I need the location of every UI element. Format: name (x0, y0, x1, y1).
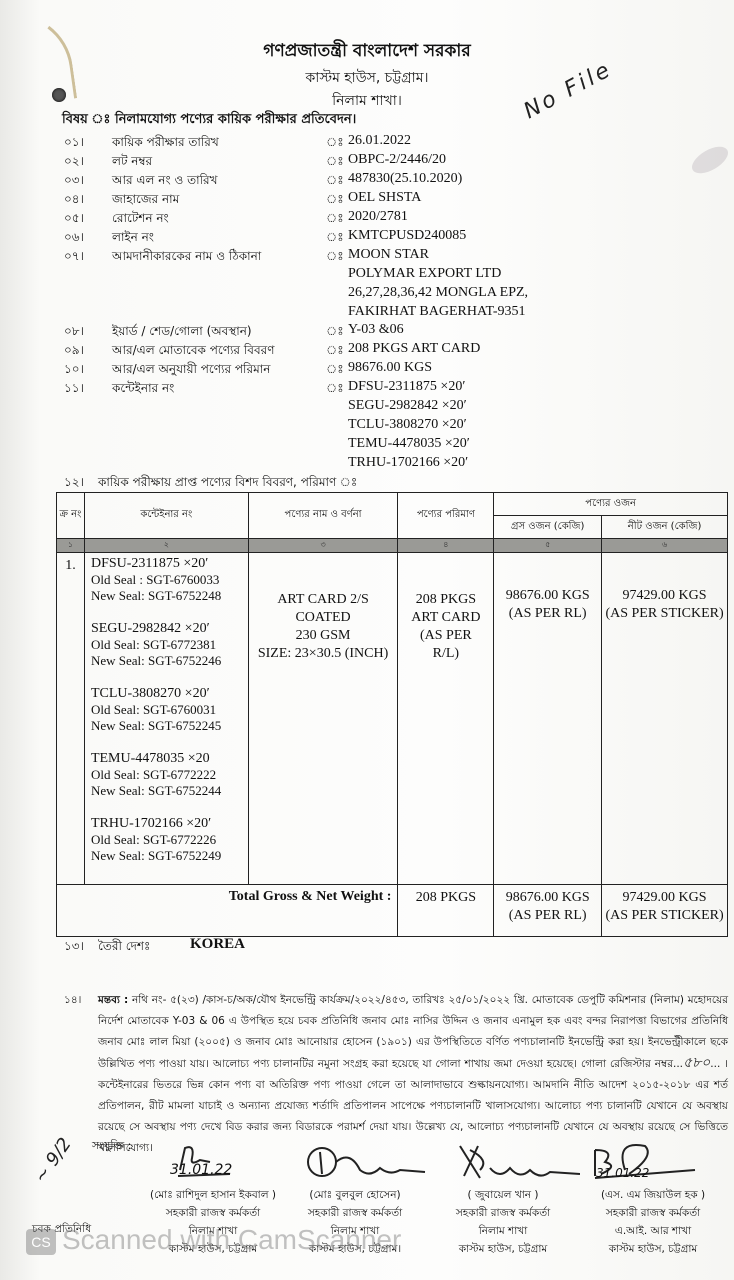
field-number: ০৯। (64, 342, 98, 362)
signatory-title: সহকারী রাজস্ব কর্মকর্তা (270, 1204, 440, 1222)
cell-line: 98676.00 KGS (494, 587, 601, 605)
quantity-cell: 208 PKGSART CARD(AS PERR/L) (398, 553, 494, 885)
header-net: নীট ওজন (কেজি) (602, 516, 728, 539)
signatory-branch: নিলাম শাখা (418, 1222, 588, 1240)
cell-line: ART CARD (398, 609, 493, 627)
signatory-title: সহকারী রাজস্ব কর্মকর্তা (568, 1204, 734, 1222)
signatory-office: কাস্টম হাউস, চট্টগ্রাম (568, 1240, 734, 1258)
enclosure-label: সংযুক্তি : (92, 1137, 131, 1156)
section-title: কায়িক পরীক্ষায় প্রাপ্ত পণ্যের বিশদ বিব… (98, 474, 357, 494)
field-number: ১১। (64, 380, 98, 400)
signature-2 (300, 1140, 430, 1184)
field-value-line: FAKIRHAT BAGERHAT-9351 (348, 302, 528, 321)
cell-line: (AS PER RL) (494, 907, 601, 925)
cell-line: 98676.00 KGS (494, 889, 601, 907)
signatory-branch: এ.আই. আর শাখা (568, 1222, 734, 1240)
colon: ঃ (326, 153, 344, 173)
field-number: ১০। (64, 361, 98, 381)
field-value-line: TRHU-1702166 ×20′ (348, 453, 470, 472)
field-value-line: DFSU-2311875 ×20′ (348, 377, 470, 396)
container-entry: TCLU-3808270 ×20′Old Seal: SGT-6760031Ne… (91, 686, 242, 734)
field-number: ০৭। (64, 248, 98, 268)
cell-line: (AS PER RL) (494, 605, 601, 623)
field-value-line: MOON STAR (348, 245, 528, 264)
watermark-text: Scanned with CamScanner (62, 1224, 401, 1255)
field-value-line: 26.01.2022 (348, 131, 411, 150)
container-entry: TEMU-4478035 ×20Old Seal: SGT-6772222New… (91, 751, 242, 799)
goods-cell: ART CARD 2/SCOATED230 GSMSIZE: 23×30.5 (… (248, 553, 398, 885)
header-container: কন্টেইনার নং (84, 493, 248, 539)
header-serial: ক্র নং (57, 493, 85, 539)
section-number: ১৩। (64, 939, 84, 953)
old-seal: Old Seal: SGT-6772226 (91, 832, 242, 848)
header-weight: পণ্যের ওজন (494, 493, 728, 516)
old-seal: Old Seal : SGT-6760033 (91, 572, 242, 588)
section-number: ১২। (64, 475, 84, 489)
field-value: OEL SHSTA (348, 188, 421, 207)
country-label: তৈরী দেশঃ (98, 938, 150, 958)
col-num: ৬ (602, 539, 728, 553)
col-num: ৩ (248, 539, 398, 553)
field-value-line: 26,27,28,36,42 MONGLA EPZ, (348, 283, 528, 302)
colon: ঃ (326, 210, 344, 230)
government-title: গণপ্রজাতন্ত্রী বাংলাদেশ সরকার (0, 38, 734, 66)
field-value-line: OEL SHSTA (348, 188, 421, 207)
field-value: MOON STARPOLYMAR EXPORT LTD26,27,28,36,4… (348, 245, 528, 321)
field-value-line: Y-03 &06 (348, 320, 404, 339)
document-page: গণপ্রজাতন্ত্রী বাংলাদেশ সরকার কাস্টম হাউ… (0, 0, 734, 1280)
container-cell: DFSU-2311875 ×20′Old Seal : SGT-6760033N… (84, 553, 248, 885)
subject-line: বিষয় ঃ নিলামযোগ্য পণ্যের কায়িক পরীক্ষা… (62, 110, 356, 131)
field-value-line: 98676.00 KGS (348, 358, 432, 377)
field-value-line: SEGU-2982842 ×20′ (348, 396, 470, 415)
total-row: Total Gross & Net Weight : 208 PKGS 9867… (57, 885, 728, 937)
cell-line: (AS PER STICKER) (602, 605, 727, 623)
field-value: OBPC-2/2446/20 (348, 150, 446, 169)
section-12-heading: ১২। কায়িক পরীক্ষায় প্রাপ্ত পণ্যের বিশদ… (64, 474, 84, 494)
new-seal: New Seal: SGT-6752248 (91, 588, 242, 604)
country-value: KOREA (190, 936, 245, 953)
field-value-line: TCLU-3808270 ×20′ (348, 415, 470, 434)
cell-line: R/L) (398, 645, 493, 663)
colon: ঃ (326, 342, 344, 362)
container-id: DFSU-2311875 ×20′ (91, 556, 242, 572)
signatory-block: (এস. এম জিয়াউল হক )সহকারী রাজস্ব কর্মকর… (568, 1186, 734, 1258)
field-value-line: KMTCPUSD240085 (348, 226, 466, 245)
field-value-line: 487830(25.10.2020) (348, 169, 462, 188)
section-number: ১৪। (64, 990, 81, 1011)
row-serial: 1. (57, 553, 85, 885)
gross-cell: 98676.00 KGS(AS PER RL) (494, 553, 602, 885)
camscanner-watermark: CSScanned with CamScanner (26, 1224, 401, 1256)
old-seal: Old Seal: SGT-6772381 (91, 637, 242, 653)
field-value-line: POLYMAR EXPORT LTD (348, 264, 528, 283)
field-number: ০৪। (64, 191, 98, 211)
header-quantity: পণ্যের পরিমাণ (398, 493, 494, 539)
signature-3 (450, 1140, 580, 1184)
colon: ঃ (326, 229, 344, 249)
new-seal: New Seal: SGT-6752246 (91, 653, 242, 669)
old-seal: Old Seal: SGT-6772222 (91, 767, 242, 783)
port-rep-signature: ~ 9/2 (30, 1134, 76, 1187)
field-value: 2020/2781 (348, 207, 408, 226)
signatory-name: (এস. এম জিয়াউল হক ) (568, 1186, 734, 1204)
colon: ঃ (326, 172, 344, 192)
colon: ঃ (326, 361, 344, 381)
container-entry: SEGU-2982842 ×20′Old Seal: SGT-6772381Ne… (91, 621, 242, 669)
container-id: TRHU-1702166 ×20′ (91, 816, 242, 832)
field-number: ০১। (64, 134, 98, 154)
field-value: 208 PKGS ART CARD (348, 339, 480, 358)
field-number: ০৫। (64, 210, 98, 230)
field-value: 26.01.2022 (348, 131, 411, 150)
field-number: ০২। (64, 153, 98, 173)
header-gross: গ্রস ওজন (কেজি) (494, 516, 602, 539)
container-id: TEMU-4478035 ×20 (91, 751, 242, 767)
field-value-line: TEMU-4478035 ×20′ (348, 434, 470, 453)
new-seal: New Seal: SGT-6752244 (91, 783, 242, 799)
container-entry: TRHU-1702166 ×20′Old Seal: SGT-6772226Ne… (91, 816, 242, 864)
total-quantity: 208 PKGS (398, 885, 494, 937)
colon: ঃ (326, 380, 344, 400)
field-number: ০৮। (64, 323, 98, 343)
cell-line: (AS PER STICKER) (602, 907, 727, 925)
field-value: 487830(25.10.2020) (348, 169, 462, 188)
remarks-body: মন্তব্য : নথি নং- ৫(২৩) /কাস-চ/অক/যৌথ ইন… (98, 990, 728, 1159)
colon: ঃ (326, 323, 344, 343)
cell-line: (AS PER (398, 627, 493, 645)
register-number: ৫৮০ (683, 1055, 710, 1071)
colon: ঃ (326, 248, 344, 268)
signatory-name: ( জুবায়েল খান ) (418, 1186, 588, 1204)
cell-line: COATED (249, 609, 398, 627)
field-number: ০৩। (64, 172, 98, 192)
signatory-office: কাস্টম হাউস, চট্টগ্রাম (418, 1240, 588, 1258)
section-13-country: ১৩। তৈরী দেশঃ KOREA (64, 938, 84, 958)
total-net: 97429.00 KGS(AS PER STICKER) (602, 885, 728, 937)
container-id: TCLU-3808270 ×20′ (91, 686, 242, 702)
signatory-block: ( জুবায়েল খান )সহকারী রাজস্ব কর্মকর্তান… (418, 1186, 588, 1258)
col-num: ২ (84, 539, 248, 553)
cell-line: SIZE: 23×30.5 (INCH) (249, 645, 398, 663)
colon: ঃ (326, 191, 344, 211)
cell-line: 97429.00 KGS (602, 889, 727, 907)
field-value-line: OBPC-2/2446/20 (348, 150, 446, 169)
column-number-row: ১ ২ ৩ ৪ ৫ ৬ (57, 539, 728, 553)
table-row: 1. DFSU-2311875 ×20′Old Seal : SGT-67600… (57, 553, 728, 885)
new-seal: New Seal: SGT-6752245 (91, 718, 242, 734)
col-num: ৪ (398, 539, 494, 553)
camscanner-logo-icon: CS (26, 1229, 56, 1255)
cell-line: 97429.00 KGS (602, 587, 727, 605)
inspection-table: ক্র নং কন্টেইনার নং পণ্যের নাম ও বর্ণনা … (56, 492, 728, 937)
field-number: ০৬। (64, 229, 98, 249)
field-value: 98676.00 KGS (348, 358, 432, 377)
new-seal: New Seal: SGT-6752249 (91, 848, 242, 864)
cell-line: 230 GSM (249, 627, 398, 645)
field-value: DFSU-2311875 ×20′SEGU-2982842 ×20′TCLU-3… (348, 377, 470, 472)
field-value-line: 2020/2781 (348, 207, 408, 226)
colon: ঃ (326, 134, 344, 154)
cell-line: ART CARD 2/S (249, 591, 398, 609)
ink-smudge (688, 141, 733, 178)
signatory-name: (মোঃ বুলবুল হোসেন) (270, 1186, 440, 1204)
net-cell: 97429.00 KGS(AS PER STICKER) (602, 553, 728, 885)
total-label: Total Gross & Net Weight : (57, 885, 398, 937)
header-goods: পণ্যের নাম ও বর্ণনা (248, 493, 398, 539)
signature-1-date: 31.01.22 (170, 1162, 232, 1178)
signature-4-date: 31.01.22 (596, 1166, 649, 1180)
container-entry: DFSU-2311875 ×20′Old Seal : SGT-6760033N… (91, 556, 242, 604)
field-value: KMTCPUSD240085 (348, 226, 466, 245)
signatory-title: সহকারী রাজস্ব কর্মকর্তা (418, 1204, 588, 1222)
col-num: ১ (57, 539, 85, 553)
col-num: ৫ (494, 539, 602, 553)
cell-line: 208 PKGS (398, 591, 493, 609)
container-id: SEGU-2982842 ×20′ (91, 621, 242, 637)
remarks-text: নথি নং- ৫(২৩) /কাস-চ/অক/যৌথ ইনভেন্ট্রি ক… (98, 994, 728, 1070)
remarks-label: মন্তব্য : (98, 994, 128, 1006)
total-gross: 98676.00 KGS(AS PER RL) (494, 885, 602, 937)
old-seal: Old Seal: SGT-6760031 (91, 702, 242, 718)
field-value-line: 208 PKGS ART CARD (348, 339, 480, 358)
office-title: কাস্টম হাউস, চট্টগ্রাম। (0, 66, 734, 90)
field-value: Y-03 &06 (348, 320, 404, 339)
